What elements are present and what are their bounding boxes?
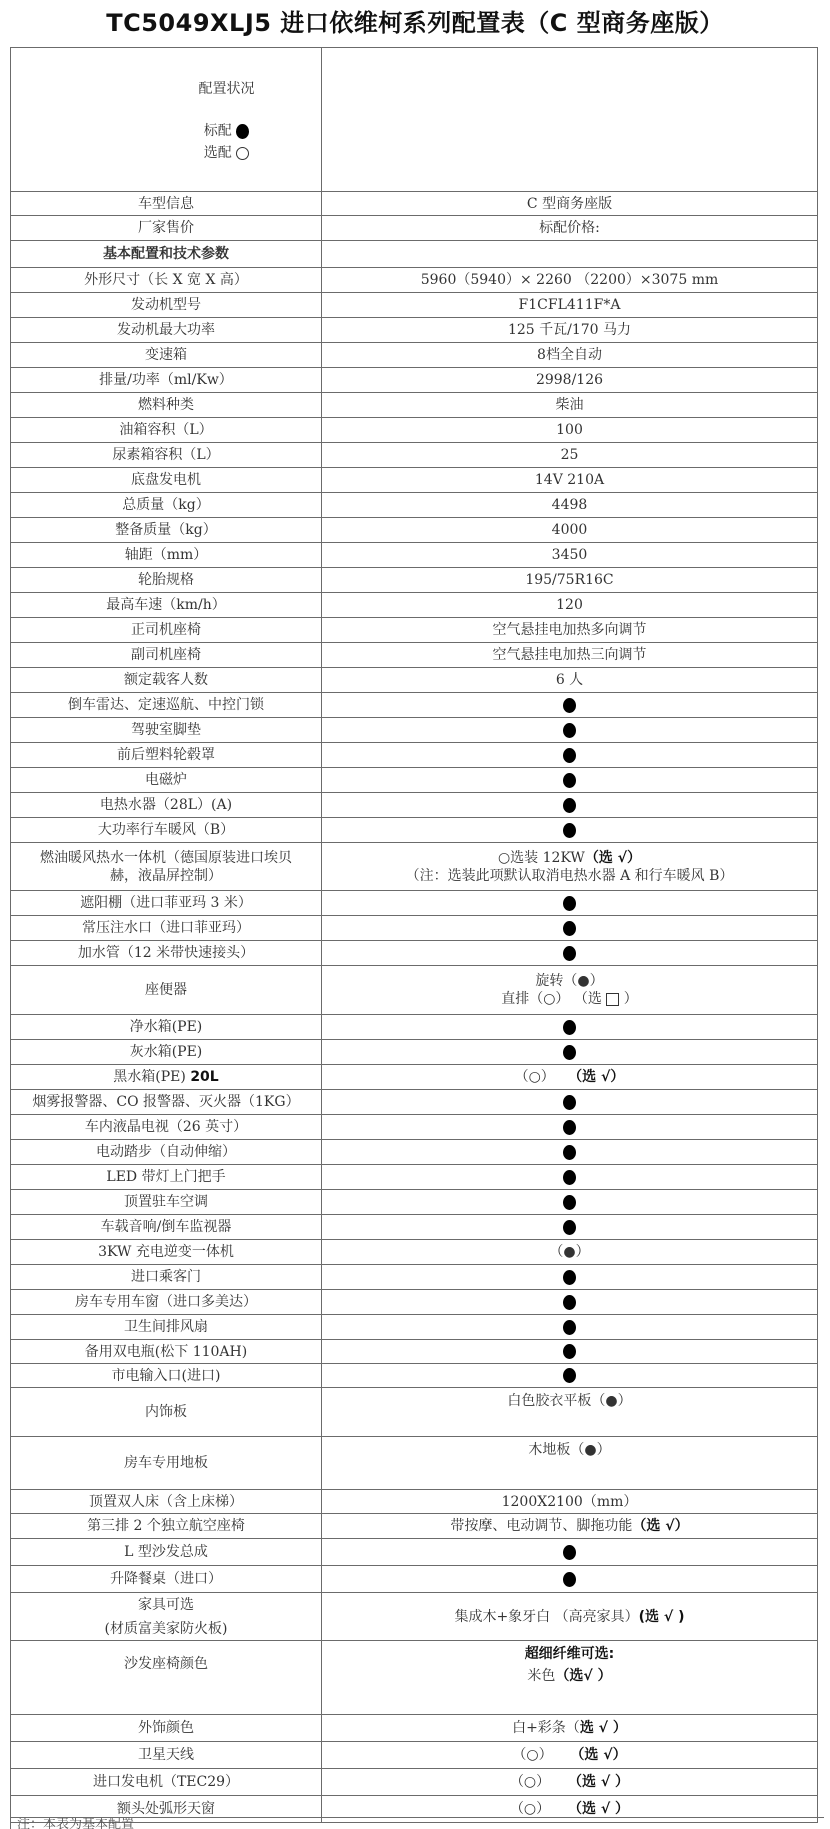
row-value bbox=[322, 941, 818, 966]
row-label: 燃油暖风热水一体机（德国原装进口埃贝 赫，液晶屏控制） bbox=[11, 843, 322, 891]
filled-circle-icon bbox=[563, 1170, 576, 1185]
row-label: 烟雾报警器、CO 报警器、灭火器（1KG） bbox=[11, 1090, 322, 1115]
row-value: （○） （选 √ ） bbox=[322, 1769, 818, 1796]
table-row: 卫星天线 （○） （选 √） bbox=[11, 1742, 818, 1769]
filled-circle-icon bbox=[563, 921, 576, 936]
table-row: 进口乘客门 bbox=[11, 1265, 818, 1290]
legend-cell: 配置状况 标配 选配 bbox=[11, 48, 322, 192]
table-row: 燃料种类柴油 bbox=[11, 393, 818, 418]
row-label: L 型沙发总成 bbox=[11, 1539, 322, 1566]
row-value bbox=[322, 1215, 818, 1240]
row-label: 车内液晶电视（26 英寸） bbox=[11, 1115, 322, 1140]
row-label: 备用双电瓶(松下 110AH) bbox=[11, 1340, 322, 1364]
table-row: 3KW 充电逆变一体机（●） bbox=[11, 1240, 818, 1265]
row-label: 大功率行车暖风（B） bbox=[11, 818, 322, 843]
heater-row: 燃油暖风热水一体机（德国原装进口埃贝 赫，液晶屏控制） ○选装 12KW（选 √… bbox=[11, 843, 818, 891]
filled-circle-icon bbox=[563, 1572, 576, 1587]
row-value: 195/75R16C bbox=[322, 568, 818, 593]
row-label: 3KW 充电逆变一体机 bbox=[11, 1240, 322, 1265]
row-label: 副司机座椅 bbox=[11, 643, 322, 668]
row-value: （○） （选 √） bbox=[322, 1742, 818, 1769]
filled-circle-icon bbox=[563, 1045, 576, 1060]
furniture-row: 家具可选 (材质富美家防火板) 集成木+象牙白 （高亮家具）(选 √ ) bbox=[11, 1593, 818, 1641]
seat-row: 第三排 2 个独立航空座椅 带按摩、电动调节、脚拖功能（选 √） bbox=[11, 1514, 818, 1539]
row-label: 驾驶室脚垫 bbox=[11, 718, 322, 743]
row-label: 尿素箱容积（L） bbox=[11, 443, 322, 468]
legend-standard: 标配 bbox=[132, 120, 321, 142]
row-label: 变速箱 bbox=[11, 343, 322, 368]
filled-circle-icon bbox=[563, 1220, 576, 1235]
table-row: 底盘发电机14V 210A bbox=[11, 468, 818, 493]
row-value: 标配价格: bbox=[322, 216, 818, 241]
floor-row: 房车专用地板 木地板（●） bbox=[11, 1437, 818, 1490]
row-label: 电磁炉 bbox=[11, 768, 322, 793]
table-row: 变速箱8档全自动 bbox=[11, 343, 818, 368]
filled-circle-icon bbox=[236, 124, 249, 139]
row-value: 白色胶衣平板（●） bbox=[322, 1388, 818, 1437]
legend-row: 配置状况 标配 选配 bbox=[11, 48, 818, 192]
row-label: 外饰颜色 bbox=[11, 1715, 322, 1742]
row-label: 第三排 2 个独立航空座椅 bbox=[11, 1514, 322, 1539]
table-row: 市电输入口(进口) bbox=[11, 1364, 818, 1388]
table-row: 卫生间排风扇 bbox=[11, 1315, 818, 1340]
table-row: 副司机座椅空气悬挂电加热三向调节 bbox=[11, 643, 818, 668]
row-value bbox=[322, 818, 818, 843]
row-value: 空气悬挂电加热多向调节 bbox=[322, 618, 818, 643]
row-label: 遮阳棚（进口菲亚玛 3 米） bbox=[11, 891, 322, 916]
legend-empty-cell bbox=[322, 48, 818, 192]
row-label: 整备质量（kg） bbox=[11, 518, 322, 543]
hollow-circle-icon bbox=[236, 147, 249, 160]
table-row: 电动踏步（自动伸缩） bbox=[11, 1140, 818, 1165]
row-label: 底盘发电机 bbox=[11, 468, 322, 493]
row-label: 额定载客人数 bbox=[11, 668, 322, 693]
row-value: 旋转（●） 直排（○） （选 ） bbox=[322, 966, 818, 1015]
row-value bbox=[322, 793, 818, 818]
row-label: 厂家售价 bbox=[11, 216, 322, 241]
filled-circle-icon bbox=[563, 1295, 576, 1310]
filled-circle-icon bbox=[563, 1120, 576, 1135]
row-value: 8档全自动 bbox=[322, 343, 818, 368]
row-value: 100 bbox=[322, 418, 818, 443]
table-row: 进口发电机（TEC29） （○） （选 √ ） bbox=[11, 1769, 818, 1796]
row-value bbox=[322, 891, 818, 916]
row-label: 灰水箱(PE) bbox=[11, 1040, 322, 1065]
filled-circle-icon bbox=[563, 698, 576, 713]
row-label: 进口发电机（TEC29） bbox=[11, 1769, 322, 1796]
page-title: TC5049XLJ5 进口依维柯系列配置表（C 型商务座版） bbox=[0, 4, 830, 42]
table-row: 最高车速（km/h）120 bbox=[11, 593, 818, 618]
table-row: 升降餐桌（进口） bbox=[11, 1566, 818, 1593]
black-tank-row: 黑水箱(PE) 20L （○） （选 √） bbox=[11, 1065, 818, 1090]
table-row: 发动机最大功率125 千瓦/170 马力 bbox=[11, 318, 818, 343]
table-row: 驾驶室脚垫 bbox=[11, 718, 818, 743]
row-label: 车载音响/倒车监视器 bbox=[11, 1215, 322, 1240]
filled-circle-icon bbox=[563, 1020, 576, 1035]
row-label: 最高车速（km/h） bbox=[11, 593, 322, 618]
table-row: 净水箱(PE) bbox=[11, 1015, 818, 1040]
row-value bbox=[322, 1566, 818, 1593]
row-label: 倒车雷达、定速巡航、中控门锁 bbox=[11, 693, 322, 718]
table-row: 轮胎规格195/75R16C bbox=[11, 568, 818, 593]
toilet-row: 座便器 旋转（●） 直排（○） （选 ） bbox=[11, 966, 818, 1015]
table-row: 电磁炉 bbox=[11, 768, 818, 793]
row-value bbox=[322, 1040, 818, 1065]
row-value: 空气悬挂电加热三向调节 bbox=[322, 643, 818, 668]
bed-row: 顶置双人床（含上床梯） 1200X2100（mm） bbox=[11, 1490, 818, 1514]
table-row: 车载音响/倒车监视器 bbox=[11, 1215, 818, 1240]
row-value: F1CFL411F*A bbox=[322, 293, 818, 318]
row-value bbox=[322, 1015, 818, 1040]
row-label: 轴距（mm） bbox=[11, 543, 322, 568]
filled-circle-icon bbox=[563, 1270, 576, 1285]
row-label: 市电输入口(进口) bbox=[11, 1364, 322, 1388]
row-label: 净水箱(PE) bbox=[11, 1015, 322, 1040]
row-value bbox=[322, 1115, 818, 1140]
table-row: 加水管（12 米带快速接头） bbox=[11, 941, 818, 966]
filled-circle-icon bbox=[563, 1320, 576, 1335]
row-value bbox=[322, 1364, 818, 1388]
table-row: 正司机座椅空气悬挂电加热多向调节 bbox=[11, 618, 818, 643]
row-label: 外形尺寸（长 X 宽 X 高） bbox=[11, 268, 322, 293]
table-row: 发动机型号F1CFL411F*A bbox=[11, 293, 818, 318]
row-value: 1200X2100（mm） bbox=[322, 1490, 818, 1514]
row-value bbox=[322, 1165, 818, 1190]
filled-circle-icon bbox=[563, 896, 576, 911]
row-label: 升降餐桌（进口） bbox=[11, 1566, 322, 1593]
filled-circle-icon bbox=[563, 1368, 576, 1383]
row-value: 白+彩条（选 √ ） bbox=[322, 1715, 818, 1742]
table-row: 油箱容积（L）100 bbox=[11, 418, 818, 443]
row-label: 正司机座椅 bbox=[11, 618, 322, 643]
table-row: 灰水箱(PE) bbox=[11, 1040, 818, 1065]
row-value: 4000 bbox=[322, 518, 818, 543]
row-value: 120 bbox=[322, 593, 818, 618]
row-label: 前后塑料轮毂罩 bbox=[11, 743, 322, 768]
row-value bbox=[322, 916, 818, 941]
row-label: 常压注水口（进口菲亚玛） bbox=[11, 916, 322, 941]
row-label: 内饰板 bbox=[11, 1388, 322, 1437]
row-value: 2998/126 bbox=[322, 368, 818, 393]
table-row: 排量/功率（ml/Kw）2998/126 bbox=[11, 368, 818, 393]
row-label: 总质量（kg） bbox=[11, 493, 322, 518]
row-label: 电热水器（28L）(A) bbox=[11, 793, 322, 818]
filled-circle-icon bbox=[563, 1195, 576, 1210]
row-value bbox=[322, 1539, 818, 1566]
table-row: 总质量（kg）4498 bbox=[11, 493, 818, 518]
row-value: 3450 bbox=[322, 543, 818, 568]
row-label: 顶置驻车空调 bbox=[11, 1190, 322, 1215]
row-value: 5960（5940）× 2260 （2200）×3075 mm bbox=[322, 268, 818, 293]
row-value bbox=[322, 241, 818, 268]
row-label: 发动机最大功率 bbox=[11, 318, 322, 343]
row-value bbox=[322, 1190, 818, 1215]
filled-circle-icon bbox=[563, 1344, 576, 1359]
row-value: 集成木+象牙白 （高亮家具）(选 √ ) bbox=[322, 1593, 818, 1641]
table-row: LED 带灯上门把手 bbox=[11, 1165, 818, 1190]
row-label: 轮胎规格 bbox=[11, 568, 322, 593]
row-value: （●） bbox=[322, 1240, 818, 1265]
row-label: 加水管（12 米带快速接头） bbox=[11, 941, 322, 966]
table-row: 车内液晶电视（26 英寸） bbox=[11, 1115, 818, 1140]
filled-circle-icon bbox=[563, 773, 576, 788]
filled-circle-icon bbox=[563, 723, 576, 738]
filled-circle-icon bbox=[563, 823, 576, 838]
table-row: 车型信息C 型商务座版 bbox=[11, 192, 818, 216]
row-value: 25 bbox=[322, 443, 818, 468]
row-label: 房车专用地板 bbox=[11, 1437, 322, 1490]
row-label: 车型信息 bbox=[11, 192, 322, 216]
table-row: 厂家售价标配价格: bbox=[11, 216, 818, 241]
legend-heading: 配置状况 bbox=[132, 80, 321, 98]
row-value bbox=[322, 1090, 818, 1115]
filled-circle-icon bbox=[563, 798, 576, 813]
row-value: C 型商务座版 bbox=[322, 192, 818, 216]
row-value bbox=[322, 693, 818, 718]
filled-circle-icon bbox=[563, 748, 576, 763]
table-row: 烟雾报警器、CO 报警器、灭火器（1KG） bbox=[11, 1090, 818, 1115]
table-row: 整备质量（kg）4000 bbox=[11, 518, 818, 543]
section-header-row: 基本配置和技术参数 bbox=[11, 241, 818, 268]
row-label: 黑水箱(PE) 20L bbox=[11, 1065, 322, 1090]
row-label: 房车专用车窗（进口多美达） bbox=[11, 1290, 322, 1315]
table-row: 外形尺寸（长 X 宽 X 高）5960（5940）× 2260 （2200）×3… bbox=[11, 268, 818, 293]
row-value: 超细纤维可选: 米色（选√ ） bbox=[322, 1641, 818, 1715]
filled-circle-icon bbox=[563, 1145, 576, 1160]
row-value: 125 千瓦/170 马力 bbox=[322, 318, 818, 343]
row-label: 电动踏步（自动伸缩） bbox=[11, 1140, 322, 1165]
row-value: 柴油 bbox=[322, 393, 818, 418]
table-row: 备用双电瓶(松下 110AH) bbox=[11, 1340, 818, 1364]
footer-note-partial: 注：本表为基本配置 bbox=[10, 1817, 824, 1829]
row-label: 油箱容积（L） bbox=[11, 418, 322, 443]
row-label: 排量/功率（ml/Kw） bbox=[11, 368, 322, 393]
section-header: 基本配置和技术参数 bbox=[11, 241, 322, 268]
table-row: 倒车雷达、定速巡航、中控门锁 bbox=[11, 693, 818, 718]
table-row: 常压注水口（进口菲亚玛） bbox=[11, 916, 818, 941]
row-value: （○） （选 √） bbox=[322, 1065, 818, 1090]
table-row: 电热水器（28L）(A) bbox=[11, 793, 818, 818]
row-value: 木地板（●） bbox=[322, 1437, 818, 1490]
filled-circle-icon bbox=[563, 1545, 576, 1560]
row-label: 发动机型号 bbox=[11, 293, 322, 318]
table-row: 遮阳棚（进口菲亚玛 3 米） bbox=[11, 891, 818, 916]
row-value bbox=[322, 1265, 818, 1290]
row-value bbox=[322, 1290, 818, 1315]
row-value: 14V 210A bbox=[322, 468, 818, 493]
table-row: 房车专用车窗（进口多美达） bbox=[11, 1290, 818, 1315]
exterior-row: 外饰颜色 白+彩条（选 √ ） bbox=[11, 1715, 818, 1742]
row-label: 座便器 bbox=[11, 966, 322, 1015]
legend-optional: 选配 bbox=[132, 142, 321, 164]
row-value bbox=[322, 718, 818, 743]
table-row: 轴距（mm）3450 bbox=[11, 543, 818, 568]
row-label: 燃料种类 bbox=[11, 393, 322, 418]
row-label: LED 带灯上门把手 bbox=[11, 1165, 322, 1190]
config-table: 配置状况 标配 选配 车型信息C 型商务座版 厂家售价标配价格: 基本配置和技术… bbox=[10, 47, 818, 1823]
row-value bbox=[322, 1340, 818, 1364]
table-row: 大功率行车暖风（B） bbox=[11, 818, 818, 843]
row-label: 顶置双人床（含上床梯） bbox=[11, 1490, 322, 1514]
filled-circle-icon bbox=[563, 1095, 576, 1110]
sofa-color-row: 沙发座椅颜色 超细纤维可选: 米色（选√ ） bbox=[11, 1641, 818, 1715]
row-label: 卫生间排风扇 bbox=[11, 1315, 322, 1340]
filled-circle-icon bbox=[563, 946, 576, 961]
row-label: 家具可选 (材质富美家防火板) bbox=[11, 1593, 322, 1641]
row-value: ○选装 12KW（选 √） （注：选装此项默认取消电热水器 A 和行车暖风 B） bbox=[322, 843, 818, 891]
checkbox-icon[interactable] bbox=[606, 993, 619, 1006]
row-value bbox=[322, 1315, 818, 1340]
row-value bbox=[322, 768, 818, 793]
row-value bbox=[322, 743, 818, 768]
row-label: 进口乘客门 bbox=[11, 1265, 322, 1290]
row-value: 6 人 bbox=[322, 668, 818, 693]
table-row: 顶置驻车空调 bbox=[11, 1190, 818, 1215]
row-value bbox=[322, 1140, 818, 1165]
row-label: 沙发座椅颜色 bbox=[11, 1641, 322, 1715]
panel-row: 内饰板 白色胶衣平板（●） bbox=[11, 1388, 818, 1437]
row-value: 4498 bbox=[322, 493, 818, 518]
table-row: 前后塑料轮毂罩 bbox=[11, 743, 818, 768]
table-row: 尿素箱容积（L）25 bbox=[11, 443, 818, 468]
table-row: 额定载客人数6 人 bbox=[11, 668, 818, 693]
row-value: 带按摩、电动调节、脚拖功能（选 √） bbox=[322, 1514, 818, 1539]
row-label: 卫星天线 bbox=[11, 1742, 322, 1769]
table-row: L 型沙发总成 bbox=[11, 1539, 818, 1566]
